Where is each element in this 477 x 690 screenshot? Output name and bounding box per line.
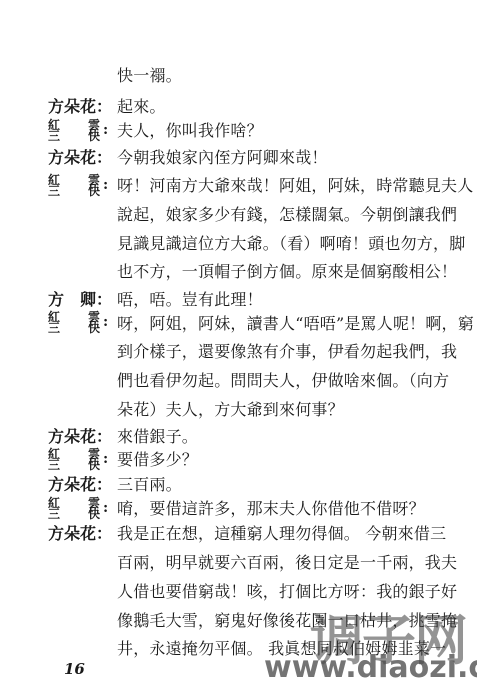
watermark-url: www.diaozi.com [264,650,477,685]
speaker-label-stacked: 紅雲 三快 : [48,312,114,334]
speaker-label: 方朵花： [48,148,112,168]
dialogue-line: 今朝我娘家內侄方阿卿來哉！ [117,148,328,168]
speaker-label: 方朵花： [48,427,112,447]
speaker-label: 方朵花： [48,524,112,544]
dialogue-line: 見識見識這位方大爺。（看）啊唷！頭也勿方，脚 [117,234,465,254]
dialogue-line: 唷，要借這許多，那末夫人你借他不借呀？ [117,499,425,519]
dialogue-line: 來借銀子。 [117,427,198,447]
speaker-char: 快 [88,509,100,520]
dialogue-line: 起來。 [117,97,166,117]
speaker-label-stacked: 紅雲 三快 : [48,175,114,197]
page-number: 16 [64,660,85,678]
speaker-char: 三 [48,509,60,520]
speaker-char: 快 [88,131,100,142]
dialogue-line: 要借多少？ [117,450,198,470]
speaker-label-stacked: 紅雲 三快 : [48,449,114,471]
speaker-char: 三 [48,323,60,334]
dialogue-line: 到介樣子，還要像煞有介事，伊看勿起我們，我 [117,342,457,362]
speaker-label-stacked: 紅雲 三快 : [48,498,114,520]
dialogue-line: 三百兩。 [117,475,182,495]
dialogue-line: 唔，唔。豈有此理！ [117,290,263,310]
dialogue-line: 我是正在想，這種窮人理勿得個。 今朝來借三 [117,524,446,544]
dialogue-line: 百兩，明早就要六百兩，後日定是一千兩，我夫 [117,553,457,573]
speaker-char: 快 [88,323,100,334]
dialogue-line: 朵花）夫人，方大爺到來何事？ [117,400,344,420]
dialogue-line: 們也看伊勿起。問問夫人，伊做啥來個。（向方 [117,371,449,391]
dialogue-line: 快一禤。 [117,66,182,86]
speaker-char: 三 [48,460,60,471]
book-page: 快一禤。 方朵花： 起來。 紅雲 三快 : 夫人，你叫我作啥？ 方朵花： 今朝我… [0,0,477,690]
speaker-char: 三 [48,186,60,197]
speaker-char: 快 [88,186,100,197]
dialogue-line: 呀，阿姐，阿妹，讀書人“唔唔”是罵人呢！啊，窮 [117,314,474,334]
speaker-label: 方 卿： [48,290,112,310]
speaker-char: 快 [88,460,100,471]
dialogue-line: 呀！河南方大爺來哉！阿姐，阿妹，時常聽見夫人 [117,176,473,196]
speaker-label: 方朵花： [48,475,112,495]
speaker-label: 方朵花： [48,97,112,117]
speaker-label-stacked: 紅雲 三快 : [48,120,114,142]
dialogue-line: 也不方，一頂帽子倒方個。原來是個窮酸相公！ [117,262,457,282]
dialogue-line: 夫人，你叫我作啥？ [117,121,263,141]
dialogue-line: 說起，娘家多少有錢，怎樣闊氣。今朝倒讓我們 [117,205,457,225]
speaker-char: 三 [48,131,60,142]
